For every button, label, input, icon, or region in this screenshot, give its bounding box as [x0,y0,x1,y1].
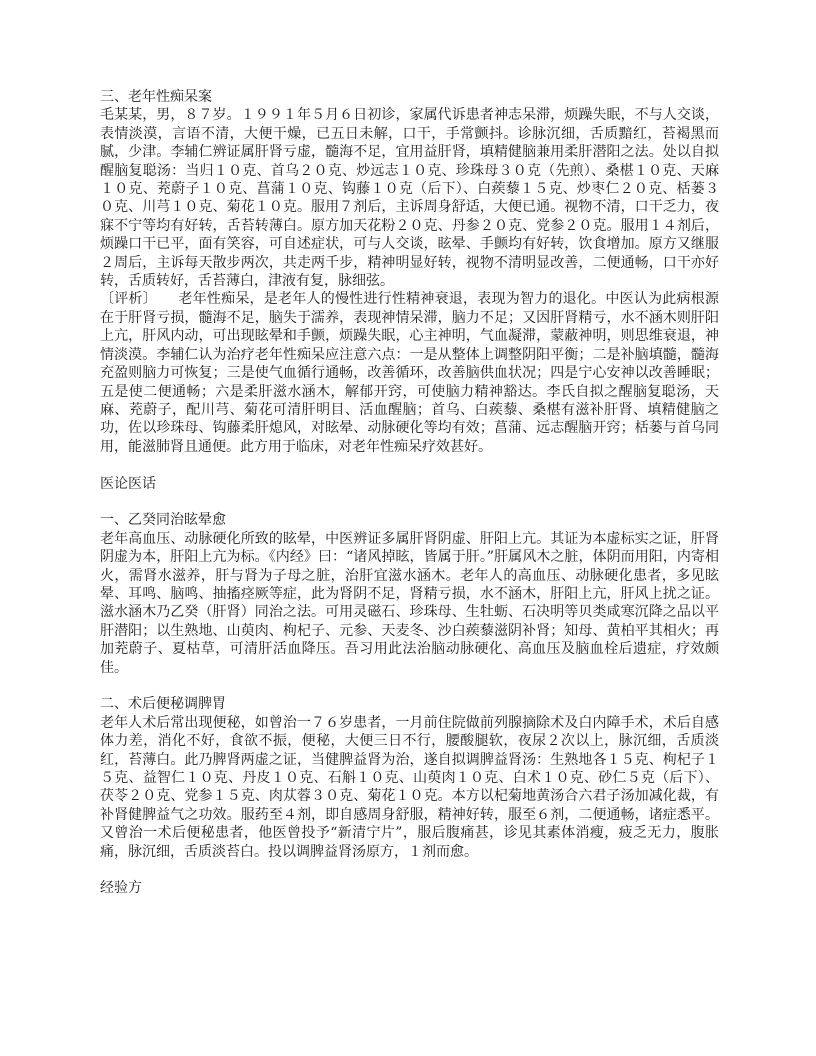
next-section-heading: 经验方 [100,879,719,897]
case-section-heading: 三、老年性痴呆案 [100,88,719,106]
topic-2-heading: 二、术后便秘调脾胃 [100,695,719,713]
document-page: 三、老年性痴呆案 毛某某，男，８７岁。１９９１年５月６日初诊，家属代诉患者神志呆… [0,0,816,1056]
topic-1-body-paragraph: 老年高血压、动脉硬化所致的眩晕，中医辨证多属肝肾阴虚、肝阳上亢。其证为本虚标实之… [100,530,719,677]
discussion-section-heading: 医论医话 [100,475,719,493]
topic-1-heading: 一、乙癸同治眩晕愈 [100,511,719,529]
case-body-paragraph: 毛某某，男，８７岁。１９９１年５月６日初诊，家属代诉患者神志呆滞，烦躁失眠，不与… [100,106,719,290]
topic-2-body-paragraph: 老年人术后常出现便秘，如曾治一７６岁患者，一月前住院做前列腺摘除术及白内障手术，… [100,714,719,861]
case-analysis-paragraph: 〔评析〕 老年性痴呆，是老年人的慢性进行性精神衰退，表现为智力的退化。中医认为此… [100,290,719,456]
document-content: 三、老年性痴呆案 毛某某，男，８７岁。１９９１年５月６日初诊，家属代诉患者神志呆… [100,88,719,898]
